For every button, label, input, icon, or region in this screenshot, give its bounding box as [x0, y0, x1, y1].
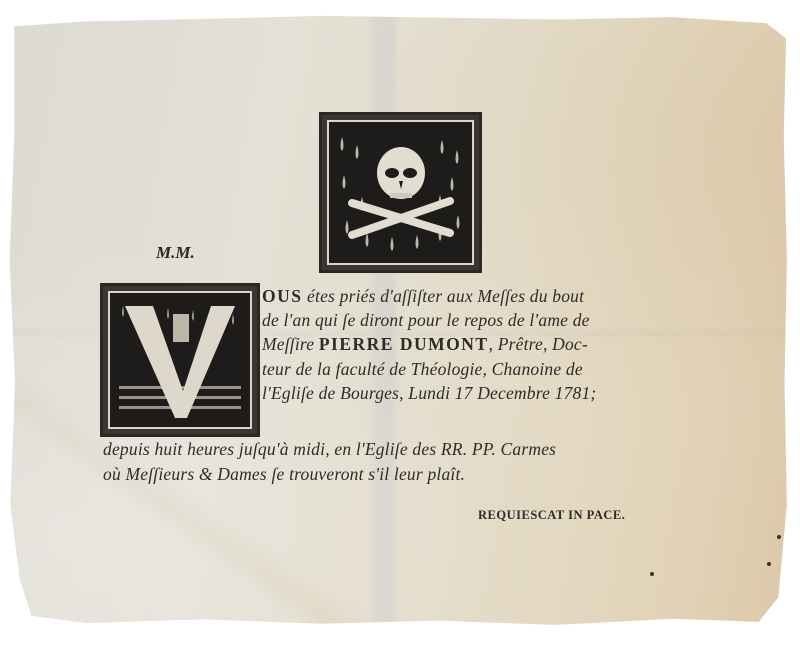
wormhole — [650, 572, 654, 576]
invitation-body-continued: depuis huit heures juſqu'à midi, en l'Eg… — [103, 437, 683, 486]
wormhole — [777, 535, 781, 539]
salutation: M.M. — [156, 243, 195, 263]
body-line: teur de la faculté de Théologie, Chanoin… — [262, 357, 682, 381]
closing-requiescat: REQUIESCAT IN PACE. — [478, 508, 625, 523]
invitation-body: OUS étes priés d'aſſiſter aux Meſſes du … — [262, 284, 682, 405]
wormhole — [767, 562, 771, 566]
body-line: l'Egliſe de Bourges, Lundi 17 Decembre 1… — [262, 381, 682, 405]
body-line: depuis huit heures juſqu'à midi, en l'Eg… — [103, 437, 683, 462]
deceased-name: PIERRE DUMONT — [319, 334, 489, 354]
decorated-initial-v-icon — [100, 283, 260, 437]
skull-and-crossbones-icon — [319, 112, 482, 273]
body-line: de l'an qui ſe diront pour le repos de l… — [262, 308, 682, 332]
body-line: OUS étes priés d'aſſiſter aux Meſſes du … — [262, 284, 682, 308]
body-line: où Meſſieurs & Dames ſe trouveront s'il … — [103, 462, 683, 487]
body-line: Meſſire PIERRE DUMONT, Prêtre, Doc- — [262, 332, 682, 356]
